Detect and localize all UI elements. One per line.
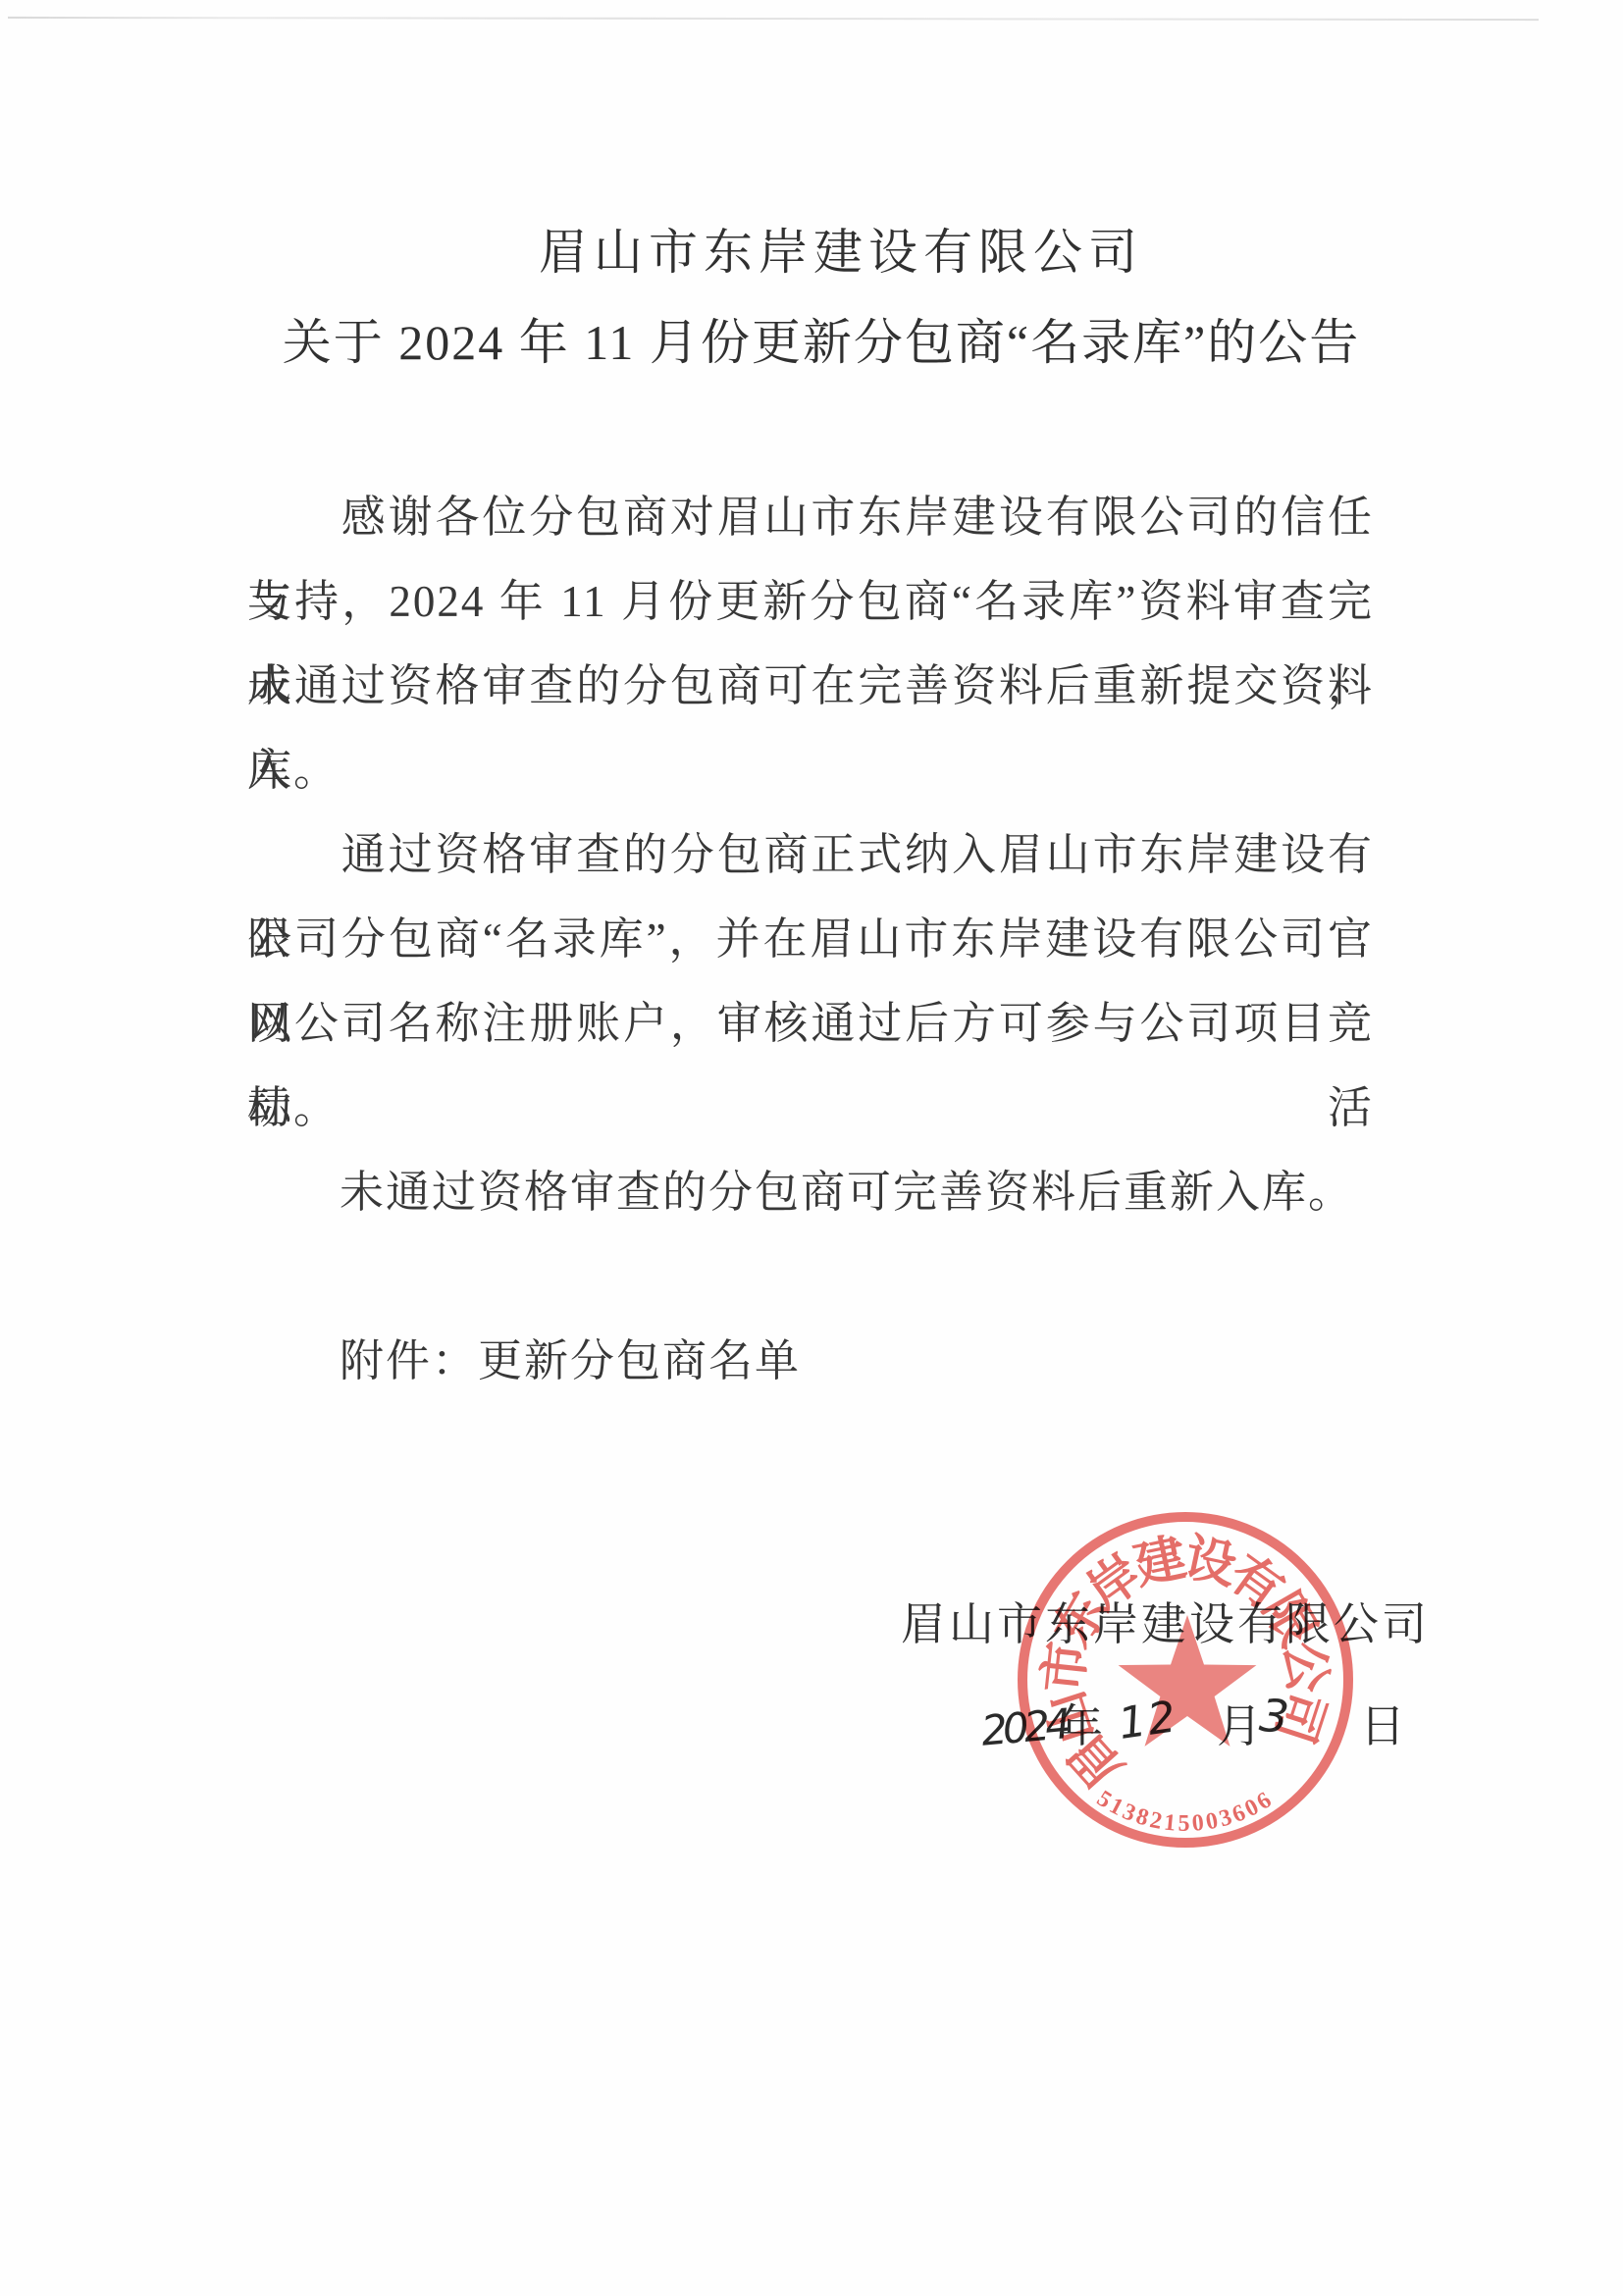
body-line: 库。 (247, 728, 1374, 812)
date-day-label: 日 (1360, 1702, 1405, 1751)
attachment-line: 附件：更新分包商名单 (247, 1319, 1374, 1403)
document-title: 眉山市东岸建设有限公司 (0, 222, 1623, 283)
body-line: 以公司名称注册账户，审核通过后方可参与公司项目竞标活 (247, 981, 1374, 1066)
scanned-document-page: 眉山市东岸建设有限公司 关于 2024 年 11 月份更新分包商“名录库”的公告… (0, 0, 1623, 2296)
body-line: 感谢各位分包商对眉山市东岸建设有限公司的信任与 (247, 475, 1374, 559)
seal-char: 司 (1265, 1684, 1334, 1749)
body-line: 通过资格审查的分包商正式纳入眉山市东岸建设有限 (247, 812, 1374, 897)
seal-star-icon (1119, 1615, 1257, 1747)
company-seal: 眉 山 市 东 岸 建 设 有 限 公 司 5138215003606 (1014, 1511, 1359, 1856)
body-line: 支持，2024 年 11 月份更新分包商“名录库”资料审查完成， (247, 559, 1374, 644)
body-line: 公司分包商“名录库”，并在眉山市东岸建设有限公司官网 (247, 897, 1374, 981)
document-subtitle: 关于 2024 年 11 月份更新分包商“名录库”的公告 (0, 312, 1623, 373)
seal-char: 建 (1129, 1529, 1191, 1595)
scan-artifact-line (8, 17, 1539, 21)
body-line: 动。 (247, 1066, 1374, 1150)
body-line: 未通过资格审查的分包商可完善资料后重新入库。 (247, 1150, 1374, 1234)
body-line: 未通过资格审查的分包商可在完善资料后重新提交资料入 (247, 644, 1374, 728)
